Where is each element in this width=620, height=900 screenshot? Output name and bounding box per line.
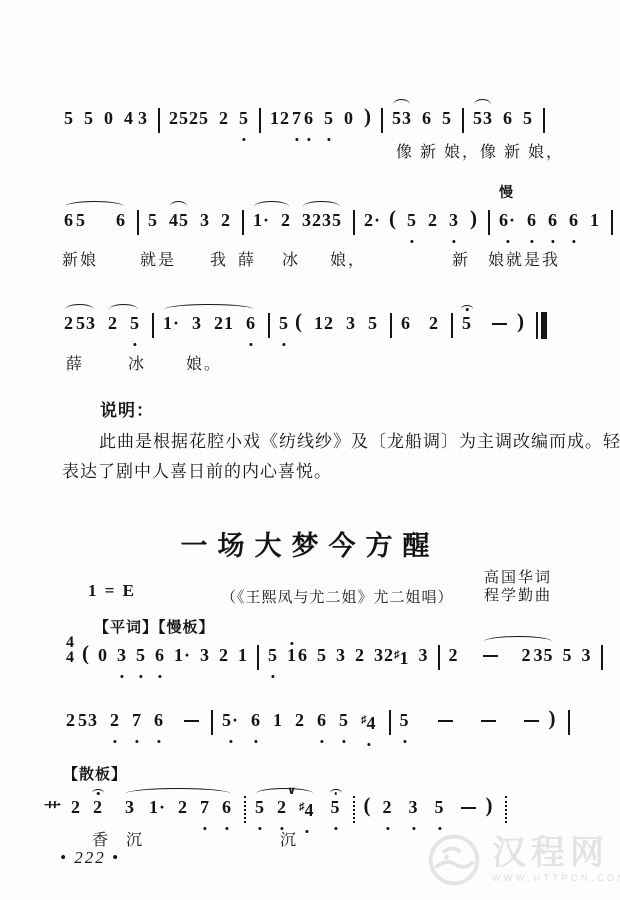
barline: [211, 710, 213, 735]
low-octave-dot: [242, 138, 245, 141]
underline-beams: [268, 665, 278, 673]
barline: [381, 108, 383, 133]
low-octave-dot: [506, 240, 509, 243]
fermata-icon: [92, 789, 104, 797]
note-text: 6: [317, 711, 327, 730]
note-bottom-slot: [394, 676, 410, 684]
note-top-slot: [548, 198, 558, 211]
underline-beams: [108, 333, 118, 341]
note-text: 45: [169, 211, 189, 230]
note-token: 5: [317, 633, 327, 681]
note-text: 2: [219, 646, 229, 665]
note-text: 2: [64, 314, 74, 333]
note-bottom-slot: [435, 825, 445, 833]
underline-beams: [355, 665, 365, 673]
note-text: 5: [368, 314, 378, 333]
note-token: 2: [219, 633, 229, 681]
note-bottom-slot: [364, 238, 381, 246]
tempo-label-sanban: 【散板】: [63, 763, 127, 784]
lyric-text: 像 新 娘，像 新 娘，: [396, 139, 564, 162]
note-bottom-slot: [462, 341, 472, 349]
low-octave-dot: [203, 827, 206, 830]
note-text: 5: [136, 646, 146, 665]
note-token: 7: [132, 698, 142, 746]
final-barline: [536, 312, 547, 339]
note-top-slot: [428, 198, 438, 211]
note-token: ♯4: [361, 698, 377, 749]
note-text: 6: [251, 711, 261, 730]
sharp-icon: ♯: [299, 801, 305, 813]
note-token: 7: [292, 96, 302, 144]
time-signature-top: 4: [66, 635, 74, 650]
barline: [257, 645, 259, 670]
note-text: 35: [534, 646, 554, 665]
low-octave-dot: [254, 740, 257, 743]
note-top-slot: [200, 198, 210, 211]
watermark: 汉程网 WWW.HTTPCN.COM: [424, 832, 620, 888]
note-bottom-slot: [270, 136, 290, 144]
note-text: 12: [270, 109, 290, 128]
low-octave-dot: [334, 827, 337, 830]
barline: [259, 108, 261, 133]
note-text: 3: [582, 646, 592, 665]
note-bottom-slot: [374, 673, 394, 681]
note-text: 5·: [222, 711, 239, 730]
note-text: 6: [527, 211, 537, 230]
barline: [543, 108, 545, 133]
note-token: 5: [279, 301, 289, 349]
low-octave-dot: [438, 827, 441, 830]
note-top-slot: [64, 96, 74, 109]
underline-beams: [383, 817, 393, 825]
note-text: 6: [222, 798, 232, 817]
underline-beams: [449, 230, 459, 238]
note-bottom-slot: [222, 825, 232, 833]
note-top-slot: [298, 633, 308, 646]
note-text: 5: [239, 109, 249, 128]
note-token: 3: [138, 96, 148, 144]
note-text: 5: [255, 798, 265, 817]
dotted-barline: [353, 796, 355, 823]
note-bottom-slot: [368, 341, 378, 349]
note-top-slot: [66, 698, 76, 711]
slur-arc: [256, 788, 313, 799]
note-bottom-slot: [64, 136, 74, 144]
barline: [158, 108, 160, 133]
lyric-text: 新娘: [62, 247, 98, 270]
note-bottom-slot: [136, 673, 146, 681]
note-token: 2: [221, 198, 231, 246]
note-text: 5: [148, 211, 158, 230]
underline-beams: [169, 128, 209, 136]
lyric-text: 薛: [238, 247, 256, 270]
note-text: 2: [281, 211, 291, 230]
note-top-slot: [419, 633, 429, 646]
note-token: 0: [104, 96, 114, 144]
note-text: 2: [428, 211, 438, 230]
underline-beams: [339, 730, 349, 738]
note-bottom-slot: [155, 673, 165, 681]
note-top-slot: [104, 96, 114, 109]
slur-arc: [65, 304, 94, 315]
note-bottom-slot: [219, 136, 229, 144]
underline-beams: [499, 230, 516, 238]
lyric-text: 我: [210, 247, 228, 270]
note-top-slot: [383, 785, 393, 798]
fermata-dot: [97, 792, 100, 795]
note-token: 6: [422, 96, 432, 144]
underline-beams: [169, 230, 189, 238]
underline-beams: [219, 665, 229, 673]
note-text: 5: [435, 798, 445, 817]
underline-beams: [522, 665, 532, 673]
note-text: 7: [132, 711, 142, 730]
note-text: 2: [219, 109, 229, 128]
note-text: 3: [409, 798, 419, 817]
low-octave-dot: [157, 740, 160, 743]
note-text: 1·: [253, 211, 270, 230]
note-bottom-slot: [449, 238, 459, 246]
underline-beams: [449, 665, 459, 673]
note-token: 3: [336, 633, 346, 681]
underline-beams: [222, 730, 239, 738]
note-top-slot: [317, 633, 327, 646]
slur-arc: [126, 788, 230, 799]
note-text: 53: [76, 314, 96, 333]
note-bottom-slot: [148, 238, 158, 246]
note-text: 53: [78, 711, 98, 730]
note-top-slot: [331, 785, 341, 798]
low-octave-dot: [133, 343, 136, 346]
note-top-slot: [273, 698, 283, 711]
duration-dash: [481, 720, 496, 722]
underline-beams: [178, 817, 188, 825]
note-text: 6: [503, 109, 513, 128]
note-top-slot: [317, 698, 327, 711]
note-top-slot: [324, 96, 334, 109]
note-bottom-slot: [200, 238, 210, 246]
note-text: 3: [419, 646, 429, 665]
note-text: 2: [295, 711, 305, 730]
note-bottom-slot: [355, 673, 365, 681]
barline: [568, 710, 570, 735]
note-bottom-slot: [317, 673, 327, 681]
note-top-slot: [200, 633, 210, 646]
note-token: 6·: [499, 198, 516, 246]
note-text: 6: [422, 109, 432, 128]
note-bottom-slot: [238, 673, 248, 681]
note-bottom-slot: [407, 238, 417, 246]
note-token: 5: [324, 96, 334, 144]
underline-beams: [255, 817, 265, 825]
note-bottom-slot: [429, 341, 439, 349]
note-text: 5: [523, 109, 533, 128]
parenthesis: ): [549, 706, 556, 730]
note-token: 6: [304, 96, 314, 144]
note-text: 2·: [364, 211, 381, 230]
parenthesis: ): [517, 309, 524, 333]
note-bottom-slot: [130, 341, 140, 349]
slur-arc: [303, 201, 340, 212]
underline-beams: [124, 128, 134, 136]
underline-beams: [346, 333, 356, 341]
note-text: 1: [273, 711, 283, 730]
underline-beams: [76, 333, 96, 341]
note-token: 0: [344, 96, 354, 144]
underline-beams: [394, 668, 410, 676]
note-top-slot: [407, 198, 417, 211]
note-bottom-slot: [64, 238, 74, 246]
note-bottom-slot: [590, 238, 600, 246]
note-text: 6·: [499, 211, 516, 230]
note-text: 6: [154, 711, 164, 730]
note-bottom-slot: [71, 825, 81, 833]
note-text: 7: [292, 109, 302, 128]
note-bottom-slot: [169, 238, 189, 246]
low-octave-dot: [452, 240, 455, 243]
note-bottom-slot: [78, 738, 98, 746]
note-bottom-slot: [221, 238, 231, 246]
underline-beams: [104, 128, 114, 136]
note-text: 3: [200, 211, 210, 230]
page-number: • 222 •: [60, 848, 120, 868]
note-bottom-slot: [317, 738, 327, 746]
note-token: 1: [287, 633, 297, 681]
underline-beams: [392, 128, 412, 136]
note-token: 5: [136, 633, 146, 681]
note-bottom-slot: [449, 673, 459, 681]
barline: [601, 645, 603, 670]
note-text: 5: [279, 314, 289, 333]
note-token: 6: [527, 198, 537, 246]
note-top-slot: [503, 96, 513, 109]
note-text: 1: [287, 646, 297, 665]
song-subtitle: （《王熙凤与尤二姐》尤二姐唱）: [221, 586, 454, 607]
credit-lyricist: 高国华词: [484, 569, 552, 587]
lyric-text: 娘，: [330, 247, 366, 270]
note-bottom-slot: [304, 136, 314, 144]
note-text: 53: [392, 109, 412, 128]
underline-beams: [523, 128, 533, 136]
note-text: 5: [331, 798, 341, 817]
note-bottom-slot: [401, 341, 411, 349]
barline: [462, 108, 464, 133]
note-top-slot: [268, 633, 278, 646]
note-top-slot: [174, 633, 191, 646]
note-bottom-slot: [295, 738, 305, 746]
note-top-slot: [117, 633, 127, 646]
note-bottom-slot: [383, 825, 393, 833]
note-text: 2: [449, 646, 459, 665]
barline: [353, 210, 355, 235]
duration-dash: [492, 323, 507, 325]
underline-beams: [364, 230, 381, 238]
underline-beams: [78, 730, 98, 738]
note-text: 2: [66, 711, 76, 730]
note-token: 3: [346, 301, 356, 349]
note-top-slot: [138, 96, 148, 109]
lyric-text: 就是: [140, 247, 176, 270]
note-text: ♯4: [299, 798, 315, 820]
note-top-slot: [401, 301, 411, 314]
underline-beams: [344, 128, 354, 136]
note-top-slot: [84, 96, 94, 109]
note-bottom-slot: [273, 738, 283, 746]
low-octave-dot: [530, 240, 533, 243]
note-text: 4: [124, 109, 134, 128]
note-bottom-slot: [138, 136, 148, 144]
low-octave-dot: [342, 740, 345, 743]
note-token: 53: [78, 698, 98, 746]
note-text: 3235: [302, 211, 342, 230]
sheet-music-page: 说明： 此曲是根据花腔小戏《纺线纱》及〔龙船调〕为主调改编而成。轻快的节奏 表达…: [0, 0, 620, 900]
note-text: 2: [93, 798, 103, 817]
note-top-slot: [527, 198, 537, 211]
underline-beams: [270, 128, 290, 136]
note-text: 6: [401, 314, 411, 333]
underline-beams: [435, 817, 445, 825]
dotted-barline: [244, 796, 246, 823]
note-text: 1·: [174, 646, 191, 665]
note-bottom-slot: [169, 136, 209, 144]
note-token: 5: [84, 96, 94, 144]
note-bottom-slot: [279, 341, 289, 349]
note-token: 5: [239, 96, 249, 144]
note-token: 4: [124, 96, 134, 144]
low-octave-dot: [295, 138, 298, 141]
underline-beams: [163, 333, 180, 341]
underline-beams: [136, 665, 146, 673]
note-bottom-slot: [108, 341, 118, 349]
note-bottom-slot: [253, 238, 270, 246]
note-token: 6: [317, 698, 327, 746]
slur-arc: [109, 304, 138, 315]
note-bottom-slot: [298, 673, 308, 681]
note-top-slot: [304, 96, 314, 109]
low-octave-dot: [113, 740, 116, 743]
note-bottom-slot: [192, 341, 202, 349]
note-token: 2: [219, 96, 229, 144]
low-octave-dot: [282, 343, 285, 346]
note-text: 2: [383, 798, 393, 817]
underline-beams: [192, 333, 202, 341]
note-bottom-slot: [409, 825, 419, 833]
underline-beams: [98, 665, 108, 673]
note-bottom-slot: [200, 673, 210, 681]
note-top-slot: [78, 698, 98, 711]
note-bottom-slot: [163, 341, 180, 349]
time-signature: 44: [66, 635, 74, 665]
duration-dash: [483, 655, 498, 657]
barline: [451, 313, 453, 338]
note-text: 2: [221, 211, 231, 230]
note-bottom-slot: [302, 238, 342, 246]
note-top-slot: [582, 633, 592, 646]
note-token: 3: [582, 633, 592, 681]
lyric-text: 冰: [128, 351, 146, 374]
note-top-slot: [563, 633, 573, 646]
note-text: 6: [155, 646, 165, 665]
note-bottom-slot: [219, 673, 229, 681]
underline-beams: [117, 665, 127, 673]
note-text: 5: [339, 711, 349, 730]
note-text: ♯1: [394, 646, 410, 668]
underline-beams: [503, 128, 513, 136]
high-octave-dot: [290, 642, 293, 645]
note-text: 2: [522, 646, 532, 665]
note-token: 5: [64, 96, 74, 144]
note-top-slot: [270, 96, 290, 109]
note-top-slot: [71, 785, 81, 798]
music-line: 44(03561·32151653232♯13223553: [66, 633, 612, 685]
note-top-slot: [346, 301, 356, 314]
barline: [389, 710, 391, 735]
underline-beams: [527, 230, 537, 238]
underline-beams: [429, 333, 439, 341]
note-token: 5: [435, 785, 445, 833]
note-token: 32: [374, 633, 394, 681]
underline-beams: [125, 817, 135, 825]
fermata-dot: [466, 308, 469, 311]
underline-beams: [374, 665, 394, 673]
note-text: 6: [569, 211, 579, 230]
underline-beams: [336, 665, 346, 673]
note-token: 1·: [174, 633, 191, 681]
underline-beams: [239, 128, 249, 136]
underline-beams: [174, 665, 191, 673]
underline-beams: [251, 730, 261, 738]
low-octave-dot: [327, 138, 330, 141]
underline-beams: [428, 230, 438, 238]
note-bottom-slot: [110, 738, 120, 746]
note-token: 2: [449, 633, 459, 681]
key-signature: 1 = E: [88, 581, 136, 601]
note-bottom-slot: [98, 673, 108, 681]
underline-beams: [93, 817, 103, 825]
note-text: 1·: [163, 314, 180, 333]
note-bottom-slot: [255, 825, 265, 833]
underline-beams: [200, 230, 210, 238]
note-bottom-slot: [287, 673, 297, 681]
note-bottom-slot: [292, 136, 302, 144]
note-bottom-slot: [569, 238, 579, 246]
underline-beams: [401, 333, 411, 341]
note-token: 2525: [169, 96, 209, 144]
music-line: 2532765·61265♯45): [66, 698, 579, 750]
underline-beams: [273, 730, 283, 738]
fermata-icon: [330, 789, 342, 797]
note-token: 3: [409, 785, 419, 833]
note-bottom-slot: [214, 341, 234, 349]
note-token: 1: [238, 633, 248, 681]
note-text: 5: [317, 646, 327, 665]
note-text: 6: [304, 109, 314, 128]
slur-arc: [65, 201, 124, 212]
parenthesis: (: [364, 793, 371, 817]
barline: [611, 210, 613, 235]
underline-beams: [76, 230, 86, 238]
note-bottom-slot: [251, 738, 261, 746]
note-top-slot: [364, 198, 381, 211]
barline: [390, 313, 392, 338]
note-bottom-slot: [149, 825, 166, 833]
note-bottom-slot: [132, 738, 142, 746]
credit-composer: 程学勤曲: [484, 587, 552, 605]
note-text: 2: [277, 798, 287, 817]
underline-beams: [71, 817, 81, 825]
note-bottom-slot: [314, 341, 334, 349]
final-barline-thick: [541, 312, 547, 339]
